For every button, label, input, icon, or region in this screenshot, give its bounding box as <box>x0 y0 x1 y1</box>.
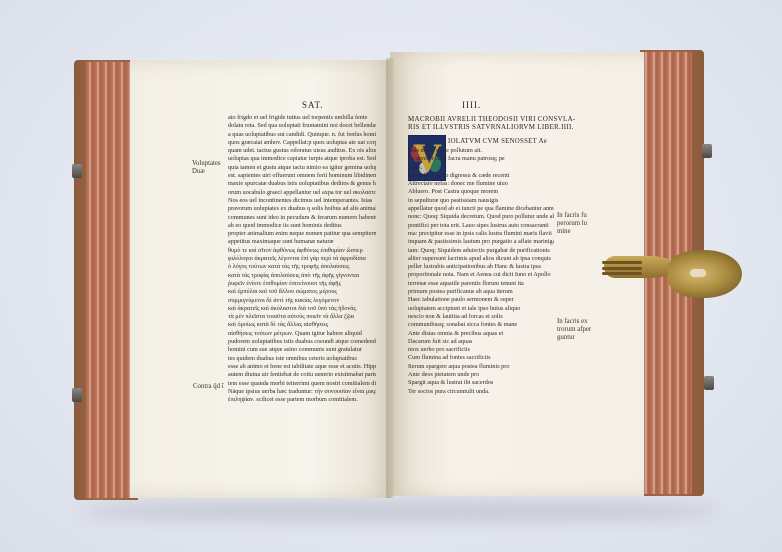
text-line: appetitus maximaque sunt humanæ naturæ <box>228 238 376 246</box>
text-line: αἰσθήσεις τούτων μέτρων. Quam igitur hab… <box>228 330 376 338</box>
left-text-column: ato frigdo et uel frigide tuttus uel tor… <box>228 114 376 412</box>
text-line: συμμιγνύμενοι δὲ ἀντὶ τῆς κακίας λεγόμεν… <box>228 297 376 305</box>
left-margin-note: Contra q̄d ī <box>193 383 224 391</box>
text-line: Spargit aqua & lustrat ibi sacerdos <box>408 379 554 387</box>
finger <box>602 267 642 270</box>
finger <box>602 261 642 264</box>
text-line: a quas uoluptatibus sut candidi. Quinque… <box>228 131 376 139</box>
text-line: communibusq; sonabat sicca fontes & mane <box>408 321 554 329</box>
cuff-jewel <box>690 269 706 277</box>
text-line: tes quidem duabus iste omnibus ceteris u… <box>228 355 376 363</box>
text-line: terrenæ esse aquatile parentis florum te… <box>408 280 554 288</box>
text-line: maxie spurcatæ duabus istis uoluptatibus… <box>228 180 376 188</box>
text-line: Nos eos uel incontinentes dicimus uel in… <box>228 197 376 205</box>
text-line: peller lustrabis anticipationibus ab Han… <box>408 263 554 271</box>
left-upper-clasp-icon <box>72 164 82 178</box>
text-line: homini cum sue atque asino communis sunt… <box>228 346 376 354</box>
text-line: ῥυφεῖν ἐνίοτε ἐπιθυμίαν ἐπιτείνουσι τῆς … <box>228 280 376 288</box>
right-margin-note: In facris ex trorum afper guntur <box>557 318 591 342</box>
title-line: RIS ET ILLVSTRIS SATVRNALIORVM LIBER.III… <box>408 123 576 131</box>
text-line: mox uerbo pro sacrificiis <box>408 346 554 354</box>
text-line: Ter socios pura circumtulit unda. <box>408 388 554 395</box>
text-line: pudorem uoluptatibus istis duabus coeund… <box>228 338 376 346</box>
text-line: Ante distas omnia & precibus aquas et <box>408 330 554 338</box>
text-line: nescio non & lautitia ad forcas et solis <box>408 313 554 321</box>
right-upper-clasp-icon <box>702 144 712 158</box>
text-line: Attrectare nefas: donec me flumine uiuo <box>408 180 554 188</box>
text-line: proportionale nota. Nam et Aenea cui dic… <box>408 271 554 279</box>
text-line: φιλόλογοι ἀκρατεῖς λέγονται ἐπὶ γὰρ περὶ… <box>228 255 376 263</box>
text-line: tam: Quoq; Siquidem aduiectis purgabat d… <box>408 247 554 255</box>
text-line: Abluero. Post Castra quoque morem <box>408 188 554 196</box>
text-line: neas multa cæde pollutum ait. <box>408 147 554 155</box>
text-line: pontifici per tota erit. Lauo sipes lust… <box>408 222 554 230</box>
text-line: Dacarum fuit sic ad aquas <box>408 338 554 346</box>
text-line: in sepulturæ quo pastissiam nausigis <box>408 197 554 205</box>
text-line: Iterum spargere aqua postea fluminis pro <box>408 363 554 371</box>
text-line: Me bello e tanto digressu & cæde recenti <box>408 172 554 180</box>
right-lower-clasp-icon <box>704 376 714 390</box>
text-line: Haec tabulatione paulo sermonem & super <box>408 296 554 304</box>
text-line: nates. <box>408 164 554 172</box>
text-line: ὁ λόγος τούτων κατὰ τὰς τῆς τροφῆς ἀπολα… <box>228 263 376 271</box>
text-line: uoluptas qua immodice capiatur turpis at… <box>228 155 376 163</box>
text-line: esse ab animo et bene est tabilitate aqu… <box>228 363 376 371</box>
right-text-column: neas multa cæde pollutum ait.Tu genitor … <box>408 147 554 395</box>
text-line: Nāque ipsius uerba hæc traduntur: τὴν συ… <box>228 388 376 396</box>
text-line: Tu genitor cape facra manu patrosq; pe <box>408 155 554 163</box>
text-line: inquam & pastissimis lautum pro purgatio… <box>408 238 554 246</box>
text-line: quam udet. tactus gustus odoratus uisus … <box>228 147 376 155</box>
text-line: καὶ ὁμοίως κατὰ δὲ τὰς ἄλλας αἰσθήσεις <box>228 321 376 329</box>
left-running-head: SAT. <box>302 100 324 110</box>
left-lower-clasp-icon <box>72 388 82 402</box>
text-line: ἐπιληψίαν. scilicet esse partem morbum c… <box>228 396 376 404</box>
opening-capitals: IOLATVM CVM SENOSSET Ae <box>448 138 547 146</box>
book-title-heading: MACROBII AVRELII THEODOSII VIRI CONSVLA-… <box>408 115 576 131</box>
text-line: καὶ ἀκρατεῖς καὶ ἀκόλαστοι διὰ τοῦ ὑπὸ τ… <box>228 305 376 313</box>
left-margin-note: Voluptates Duæ <box>192 160 221 176</box>
text-line: dolatu reta. Sed qua uoluptati fruntamin… <box>228 122 376 130</box>
text-line: appellatur quod ab ei iuncti pe qua flam… <box>408 205 554 213</box>
text-line: uoluptatem accipiunt et tale ipso huius … <box>408 305 554 313</box>
text-line: aliter supersunt lacrimis apud alios dic… <box>408 255 554 263</box>
right-running-head: IIII. <box>462 100 481 110</box>
brass-hand-page-holder <box>604 256 674 278</box>
text-line: propter animalium enim neque nomen patit… <box>228 230 376 238</box>
text-line: ato frigdo et uel frigide tuttus uel tor… <box>228 114 376 122</box>
right-margin-note: In facris fu perorum lu mine <box>557 212 587 236</box>
text-line: ab eo quod immodice iis sunt hominis ded… <box>228 222 376 230</box>
text-line: autem diuina uir fentiebat de coitu uene… <box>228 371 376 379</box>
finger <box>602 272 642 275</box>
text-line: κατὰ τὰς τροφὰς ἀπολαύσεις ἀπὸ τῆς ἀφῆς … <box>228 272 376 280</box>
text-line: καὶ ἐμπύλαι καὶ τοῦ ἄλλου σώματος μέρους <box>228 288 376 296</box>
text-line: ma: precipitur esse in ipsis calis lustr… <box>408 230 554 238</box>
text-line: θυμὸ τε καὶ σῖτον ἀφθόνως ἀφθόνως ἐπιθυμ… <box>228 247 376 255</box>
text-line: tem esse quanda morbi tetterrimi quem no… <box>228 380 376 388</box>
text-line: pravorum uoluptates ex duabus q solis ho… <box>228 205 376 213</box>
title-line: MACROBII AVRELII THEODOSII VIRI CONSVLA- <box>408 115 576 123</box>
brass-cuff-ornament <box>668 250 742 298</box>
text-line: τὰ μὲν πλεῖστα τοιαῦτα αὐτοὺς ποιεῖν τὰ … <box>228 313 376 321</box>
text-line: Cum flumina ad fontes sacrificiis <box>408 354 554 362</box>
text-line: quia tamen et gustu atque tactu nimio ea… <box>228 164 376 172</box>
book-shadow <box>80 500 720 522</box>
text-line: primum postea purificanus ab aqua iterum <box>408 288 554 296</box>
text-line: nonc: Quoq: Siquida decretum. Quod puro … <box>408 213 554 221</box>
gutter <box>386 58 394 498</box>
text-line: communes sunt ideo in pecudum & ferarum … <box>228 214 376 222</box>
text-line: quos græcaiat ænhov. Cappellat:p quos uo… <box>228 139 376 147</box>
text-line: est. sapientes uiri offuerunt omnem feri… <box>228 172 376 180</box>
text-line: orum uocabulo graeci appellantur uel axp… <box>228 189 376 197</box>
text-line: Ante deos pietatem unde pro <box>408 371 554 379</box>
